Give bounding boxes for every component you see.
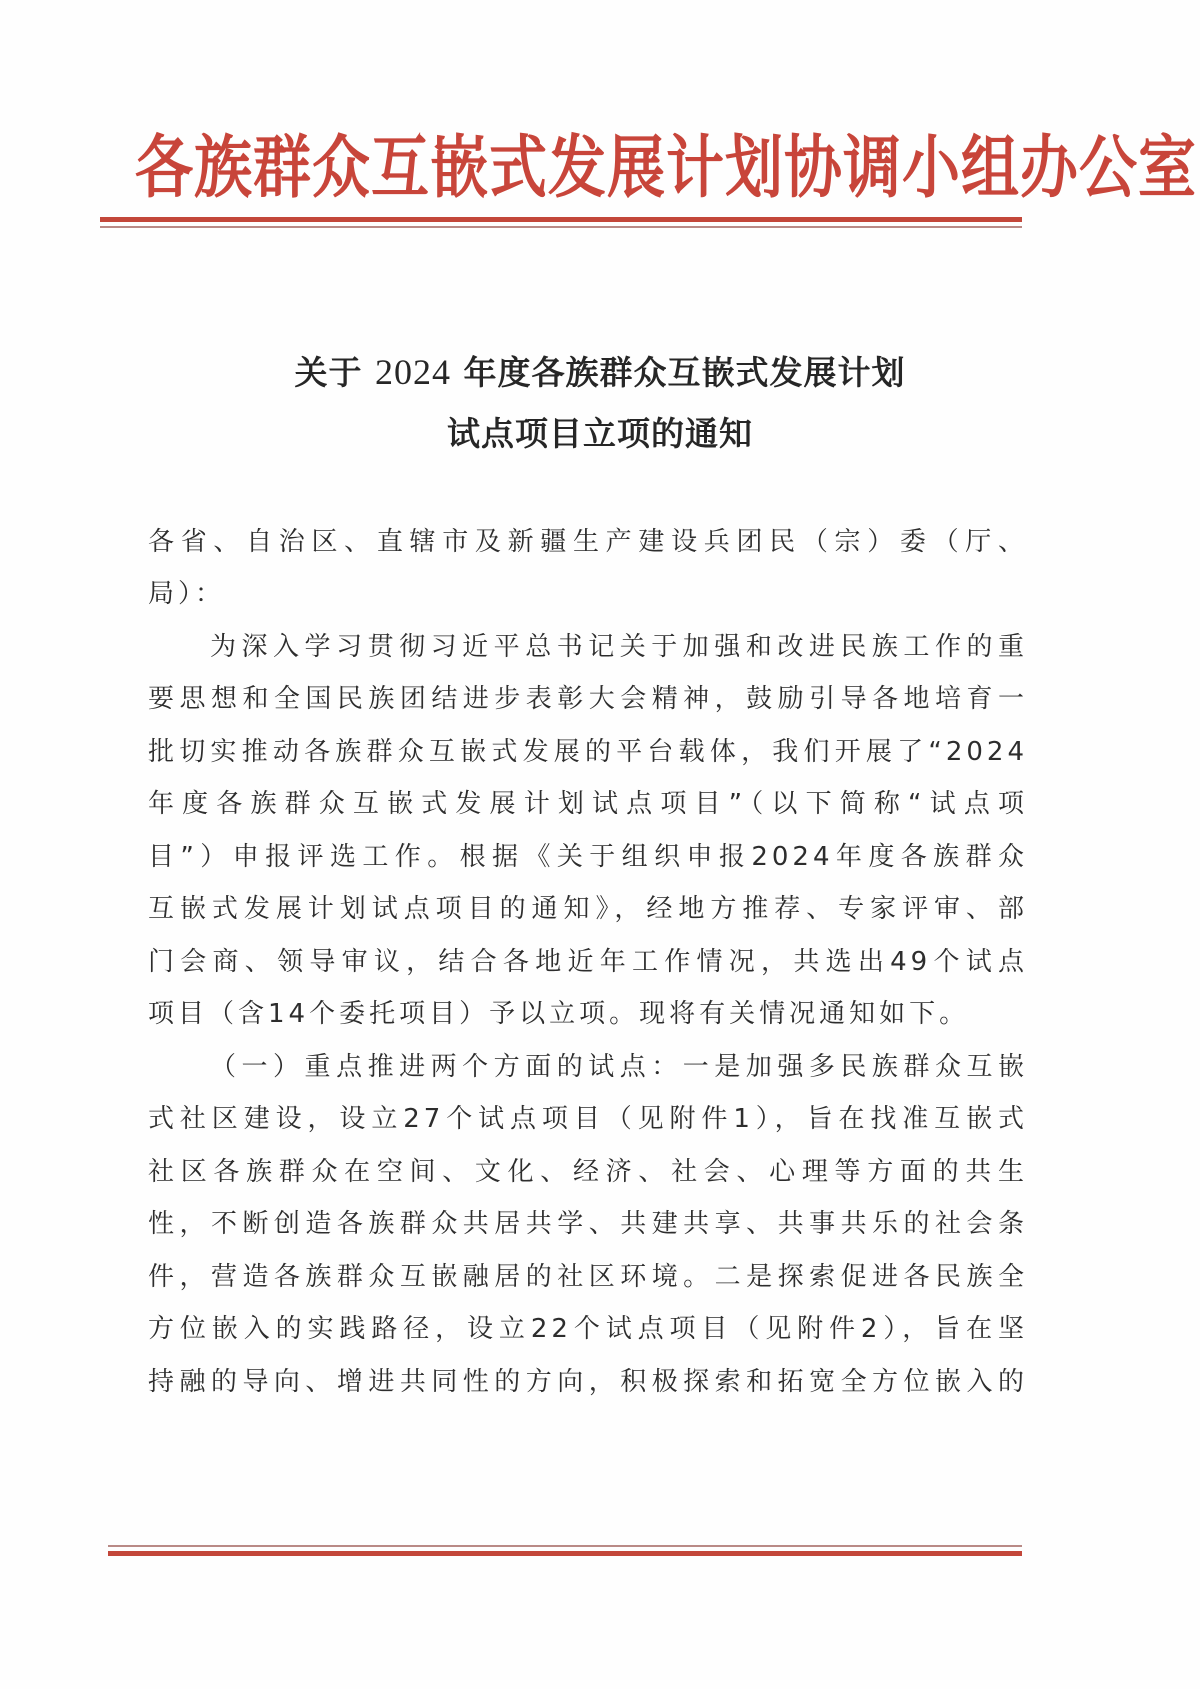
paragraph-1-line-4: 年度各族群众互嵌式发展计划试点项目”（以下简称“试点项 xyxy=(148,784,1028,824)
paragraph-2-line-5: 件，营造各族群众互嵌融居的社区环境。二是探索促进各民族全 xyxy=(148,1257,1028,1297)
title-prefix: 关于 xyxy=(295,353,363,392)
paragraph-1-line-2: 要思想和全国民族团结进步表彰大会精神，鼓励引导各地培育一 xyxy=(148,679,1028,719)
title-suffix: 年度各族群众互嵌式发展计划 xyxy=(464,353,906,392)
paragraph-1-line-1: 为深入学习贯彻习近平总书记关于加强和改进民族工作的重 xyxy=(210,627,1028,667)
paragraph-1-line-3: 批切实推动各族群众互嵌式发展的平台载体，我们开展了“2024 xyxy=(148,732,1028,772)
paragraph-2-line-1: （一）重点推进两个方面的试点：一是加强多民族群众互嵌 xyxy=(210,1047,1028,1087)
recipients-line-2: 局）： xyxy=(148,574,1028,614)
footer-rule-thin xyxy=(108,1545,1022,1547)
footer-rule-thick xyxy=(108,1551,1022,1556)
letterhead-rule-thin xyxy=(100,226,1022,228)
paragraph-2-line-3: 社区各族群众在空间、文化、经济、社会、心理等方面的共生 xyxy=(148,1152,1028,1192)
paragraph-2-line-6: 方位嵌入的实践路径，设立22个试点项目（见附件2），旨在坚 xyxy=(148,1309,1028,1349)
paragraph-1-line-6: 互嵌式发展计划试点项目的通知》，经地方推荐、专家评审、部 xyxy=(148,889,1028,929)
letterhead-rule-thick xyxy=(100,217,1022,222)
title-year: 2024 xyxy=(375,352,451,392)
paragraph-1-line-8: 项目（含14个委托项目）予以立项。现将有关情况通知如下。 xyxy=(148,994,1028,1034)
paragraph-1-line-7: 门会商、领导审议，结合各地近年工作情况，共选出49个试点 xyxy=(148,942,1028,982)
document-title-line-1: 关于 2024 年度各族群众互嵌式发展计划 xyxy=(0,350,1200,394)
document-page: 各族群众互嵌式发展计划协调小组办公室 关于 2024 年度各族群众互嵌式发展计划… xyxy=(0,0,1200,1689)
document-title-line-2: 试点项目立项的通知 xyxy=(0,412,1200,456)
letterhead-organization: 各族群众互嵌式发展计划协调小组办公室 xyxy=(100,120,1100,214)
paragraph-1-line-5: 目”）申报评选工作。根据《关于组织申报2024年度各族群众 xyxy=(148,837,1028,877)
paragraph-2-line-2: 式社区建设，设立27个试点项目（见附件1），旨在找准互嵌式 xyxy=(148,1099,1028,1139)
paragraph-2-line-7: 持融的导向、增进共同性的方向，积极探索和拓宽全方位嵌入的 xyxy=(148,1362,1028,1402)
paragraph-2-line-4: 性，不断创造各族群众共居共学、共建共享、共事共乐的社会条 xyxy=(148,1204,1028,1244)
recipients-line-1: 各省、自治区、直辖市及新疆生产建设兵团民（宗）委（厅、 xyxy=(148,522,1028,562)
